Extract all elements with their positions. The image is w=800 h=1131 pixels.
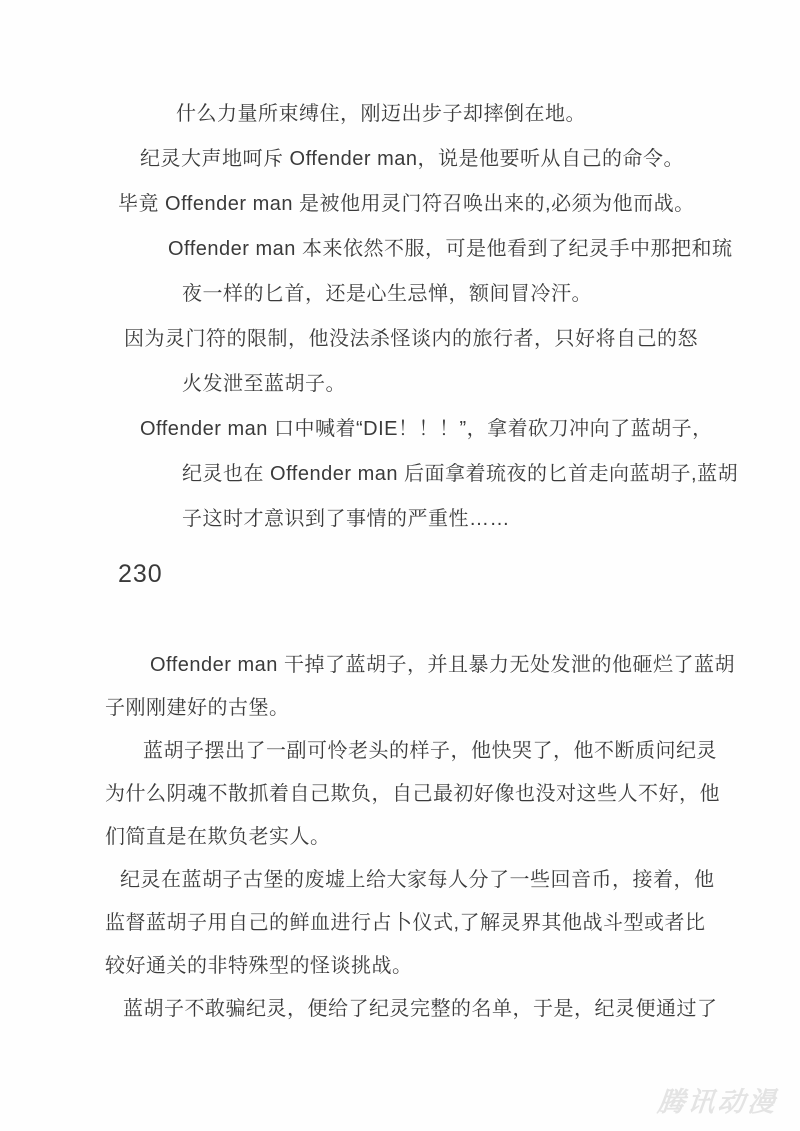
text-line: Offender man 口中喊着“DIE！！！”，拿着砍刀冲向了蓝胡子， [0,407,800,452]
text-line: 纪灵在蓝胡子古堡的废墟上给大家每人分了一些回音币，接着，他 [0,859,800,902]
chapter-number: 230 [118,560,163,589]
text-line: 们简直是在欺负老实人。 [0,816,800,859]
text-line: 监督蓝胡子用自己的鲜血进行占卜仪式,了解灵界其他战斗型或者比 [0,902,800,945]
document-page: 什么力量所束缚住，刚迈出步子却摔倒在地。 纪灵大声地呵斥 Offender ma… [0,0,800,1131]
text-line: Offender man 本来依然不服，可是他看到了纪灵手中那把和琉 [0,227,800,272]
text-line: 因为灵门符的限制，他没法杀怪谈内的旅行者，只好将自己的怒 [0,317,800,362]
text-line: 火发泄至蓝胡子。 [0,362,800,407]
text-section-upper: 什么力量所束缚住，刚迈出步子却摔倒在地。 纪灵大声地呵斥 Offender ma… [0,92,800,542]
text-line: 较好通关的非特殊型的怪谈挑战。 [0,945,800,988]
text-line: Offender man 干掉了蓝胡子，并且暴力无处发泄的他砸烂了蓝胡 [0,644,800,687]
tencent-comics-watermark: 腾讯动漫 [656,1080,780,1119]
text-line: 纪灵也在 Offender man 后面拿着琉夜的匕首走向蓝胡子,蓝胡 [0,452,800,497]
text-line: 子刚刚建好的古堡。 [0,687,800,730]
text-line: 蓝胡子不敢骗纪灵，便给了纪灵完整的名单，于是，纪灵便通过了 [0,988,800,1031]
text-line: 夜一样的匕首，还是心生忌惮，额间冒冷汗。 [0,272,800,317]
text-line: 纪灵大声地呵斥 Offender man，说是他要听从自己的命令。 [0,137,800,182]
text-line: 为什么阴魂不散抓着自己欺负，自己最初好像也没对这些人不好，他 [0,773,800,816]
text-section-lower: Offender man 干掉了蓝胡子，并且暴力无处发泄的他砸烂了蓝胡 子刚刚建… [0,644,800,1031]
text-line: 毕竟 Offender man 是被他用灵门符召唤出来的,必须为他而战。 [0,182,800,227]
text-line: 什么力量所束缚住，刚迈出步子却摔倒在地。 [0,92,800,137]
text-line: 子这时才意识到了事情的严重性…… [0,497,800,542]
text-line: 蓝胡子摆出了一副可怜老头的样子，他快哭了，他不断质问纪灵 [0,730,800,773]
